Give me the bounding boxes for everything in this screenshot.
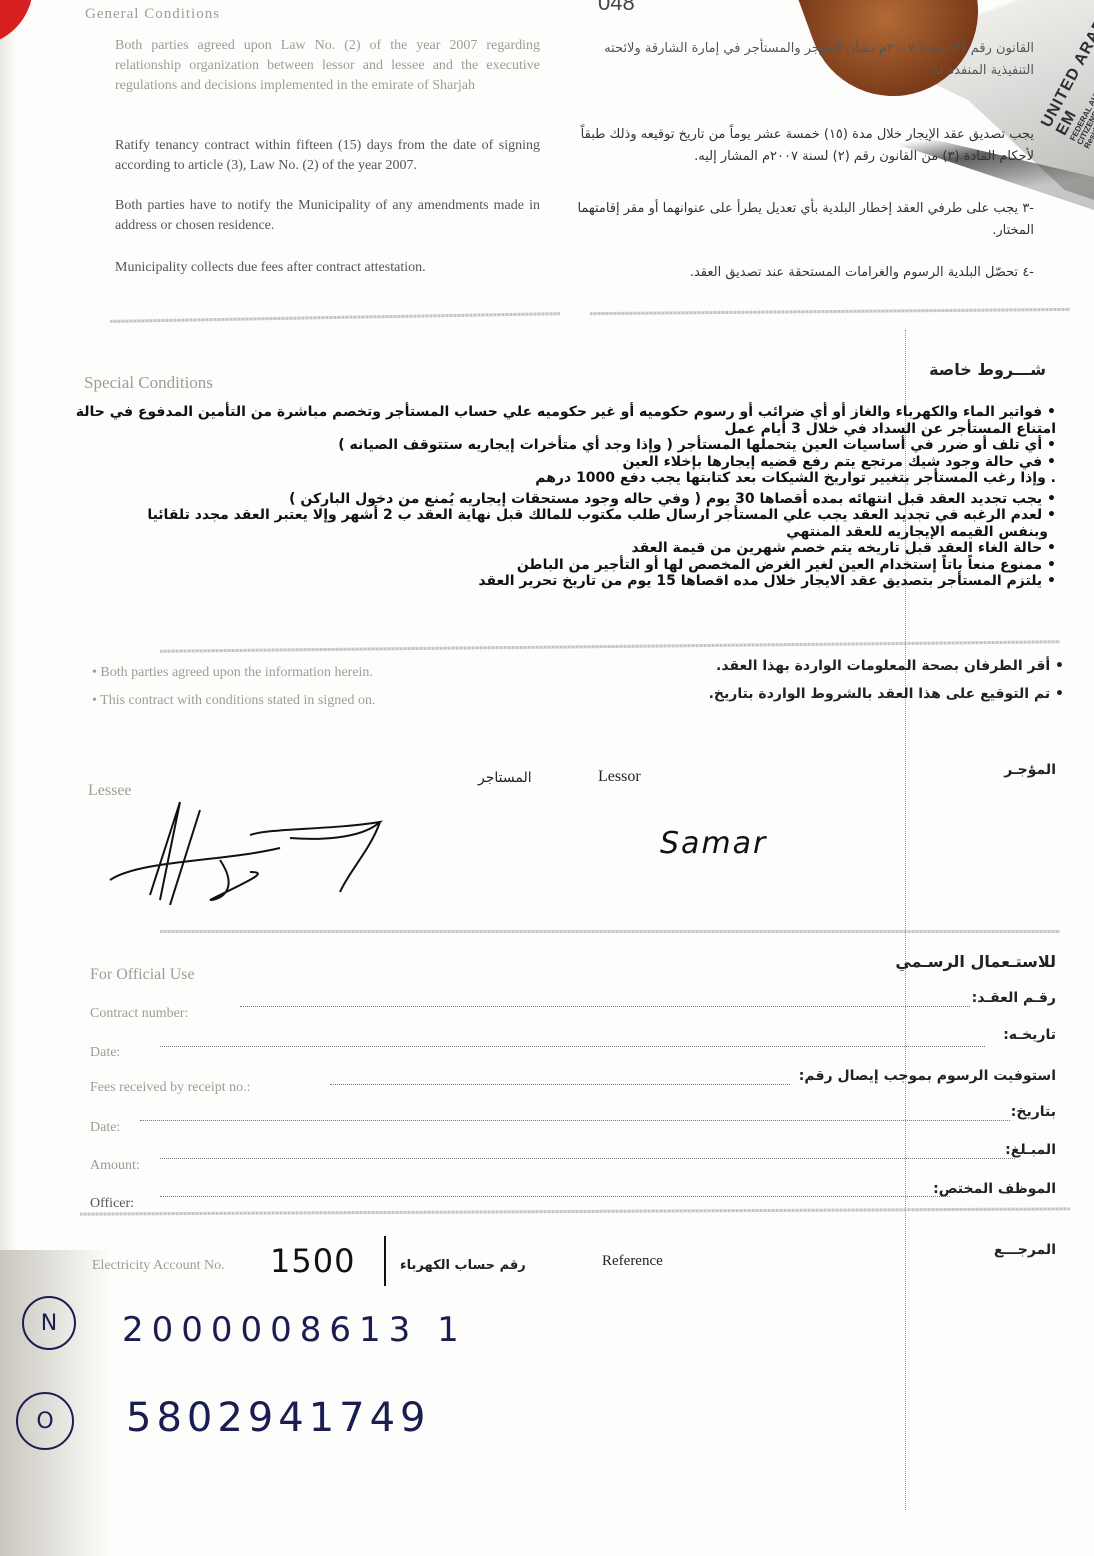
lessee-signature [100,800,420,910]
agreement-ar-1: • أقر الطرفان بصحة المعلومات الواردة بهذ… [716,658,1064,674]
date-label-ar: تاريخـه: [1003,1027,1056,1043]
special-condition-line: امتناع المستأجر عن السداد في خلال 3 أيام… [56,421,1056,438]
amount-label-ar: المبـلغ: [1005,1142,1056,1158]
general-item-en-2: Ratify tenancy contract within fifteen (… [115,136,540,176]
officer-label-ar: الموظف المختص: [933,1181,1056,1197]
item-text: تحصّل البلدية الرسوم والغرامات المستحقة … [690,265,1018,280]
contract-number-label-en: Contract number: [90,1006,188,1022]
date-label-en: Date: [90,1045,120,1061]
contract-number-label-ar: رقـم العقـد: [972,990,1056,1006]
electricity-account-label-ar: رقم حساب الكهرباء [400,1258,526,1273]
lessee-label-en: Lessee [88,782,132,800]
agreement-en-1: • Both parties agreed upon the informati… [92,665,373,681]
general-conditions-title-en: General Conditions [85,6,220,23]
special-conditions-title-en: Special Conditions [84,373,213,393]
item-number: -٣ [1022,201,1034,216]
lessor-label-en: Lessor [598,768,641,786]
amount-field[interactable] [160,1158,1015,1159]
divider [160,930,1060,933]
circled-o-mark: O [16,1392,74,1450]
special-condition-line: • يلتزم المستأجر بتصديق عقد الايجار خلال… [56,573,1056,590]
general-item-ar-3: -٣ يجب على طرفي العقد إخطار البلدية بأي … [574,198,1034,242]
special-conditions-title-ar: شـــروط خاصة [929,360,1046,379]
handwritten-number-2: 5802941749 [126,1395,431,1441]
special-condition-line: . وإذا رغب المستأجر بتغيير تواريخ الشيكا… [56,470,1056,487]
special-condition-line: • لعدم الرغبه في تجديد العقد يجب علي الم… [56,507,1056,524]
special-condition-line: • في حالة وجود شيك مرتجع يتم رفع قضيه إي… [56,454,1056,471]
agreement-ar-2: • تم التوقيع على هذا العقد بالشروط الوار… [709,686,1064,702]
general-item-en-1: Both parties agreed upon Law No. (2) of … [115,36,540,96]
divider [590,308,1070,315]
special-condition-line: • ممنوع منعاً باتاً إستخدام العين لغير ا… [56,557,1056,574]
special-condition-line: • فواتير الماء والكهرباء والغاز أو أي ضر… [56,404,1056,421]
special-conditions-list: • فواتير الماء والكهرباء والغاز أو أي ضر… [56,404,1056,590]
fee-date-field[interactable] [140,1120,1010,1121]
agreement-en-2: • This contract with conditions stated i… [92,693,375,709]
circled-n-mark: N [22,1296,76,1350]
divider [160,640,1060,652]
electricity-account-value: 1500 [270,1242,355,1280]
amount-label-en: Amount: [90,1158,140,1174]
general-item-en-4: Municipality collects due fees after con… [115,258,540,278]
general-item-en-3: Both parties have to notify the Municipa… [115,196,540,236]
date-field[interactable] [160,1046,985,1047]
receipt-number-field[interactable] [330,1084,790,1085]
officer-label-en: Officer: [90,1196,134,1212]
official-title-en: For Official Use [90,966,195,984]
receipt-label-en: Fees received by receipt no.: [90,1080,251,1096]
reference-label-ar: المرجـــع [994,1242,1056,1258]
reference-label-en: Reference [602,1253,663,1270]
lessor-signature: Samar [660,826,767,861]
special-condition-line: • حالة الغاء العقد قبل تاريخه يتم خصم شه… [56,540,1056,557]
item-text: يجب على طرفي العقد إخطار البلدية بأي تعد… [577,201,1034,238]
page-number: 048 [598,0,635,16]
special-condition-line: • يجب تجديد العقد قبل انتهائه بمده أقصاه… [56,491,1056,508]
official-title-ar: للاستـعمال الرسـمي [895,952,1056,971]
general-item-ar-4: -٤ تحصّل البلدية الرسوم والغرامات المستح… [574,262,1034,284]
electricity-account-label-en: Electricity Account No. [92,1258,225,1274]
item-number: -٤ [1022,265,1034,280]
general-item-ar-1: القانون رقم (٢) لسنة ٢٠٠٧م بشأن المؤجر و… [594,38,1034,82]
officer-field[interactable] [160,1196,950,1197]
divider [110,312,560,323]
lessee-label-ar: المستاجر [478,770,532,786]
handwritten-number-1: 2000008613 1 [122,1310,467,1350]
fee-date-label-en: Date: [90,1120,120,1136]
special-condition-line: • أي تلف أو ضرر في أساسيات العين يتحملها… [56,437,1056,454]
special-condition-line: وبنفس القيمه الإيجاريه للعقد المنتهي [56,524,1048,541]
contract-number-field[interactable] [240,1006,970,1007]
handwritten-divider-stroke [384,1236,386,1286]
divider [80,1207,1070,1215]
receipt-label-ar: استوفيت الرسوم بموجب إيصال رقم: [799,1068,1056,1084]
general-item-ar-2: يجب تصديق عقد الإيجار خلال مدة (١٥) خمسة… [574,124,1034,168]
lessor-label-ar: المؤجـر [1004,762,1056,778]
fee-date-label-ar: بتاريخ: [1011,1104,1056,1120]
